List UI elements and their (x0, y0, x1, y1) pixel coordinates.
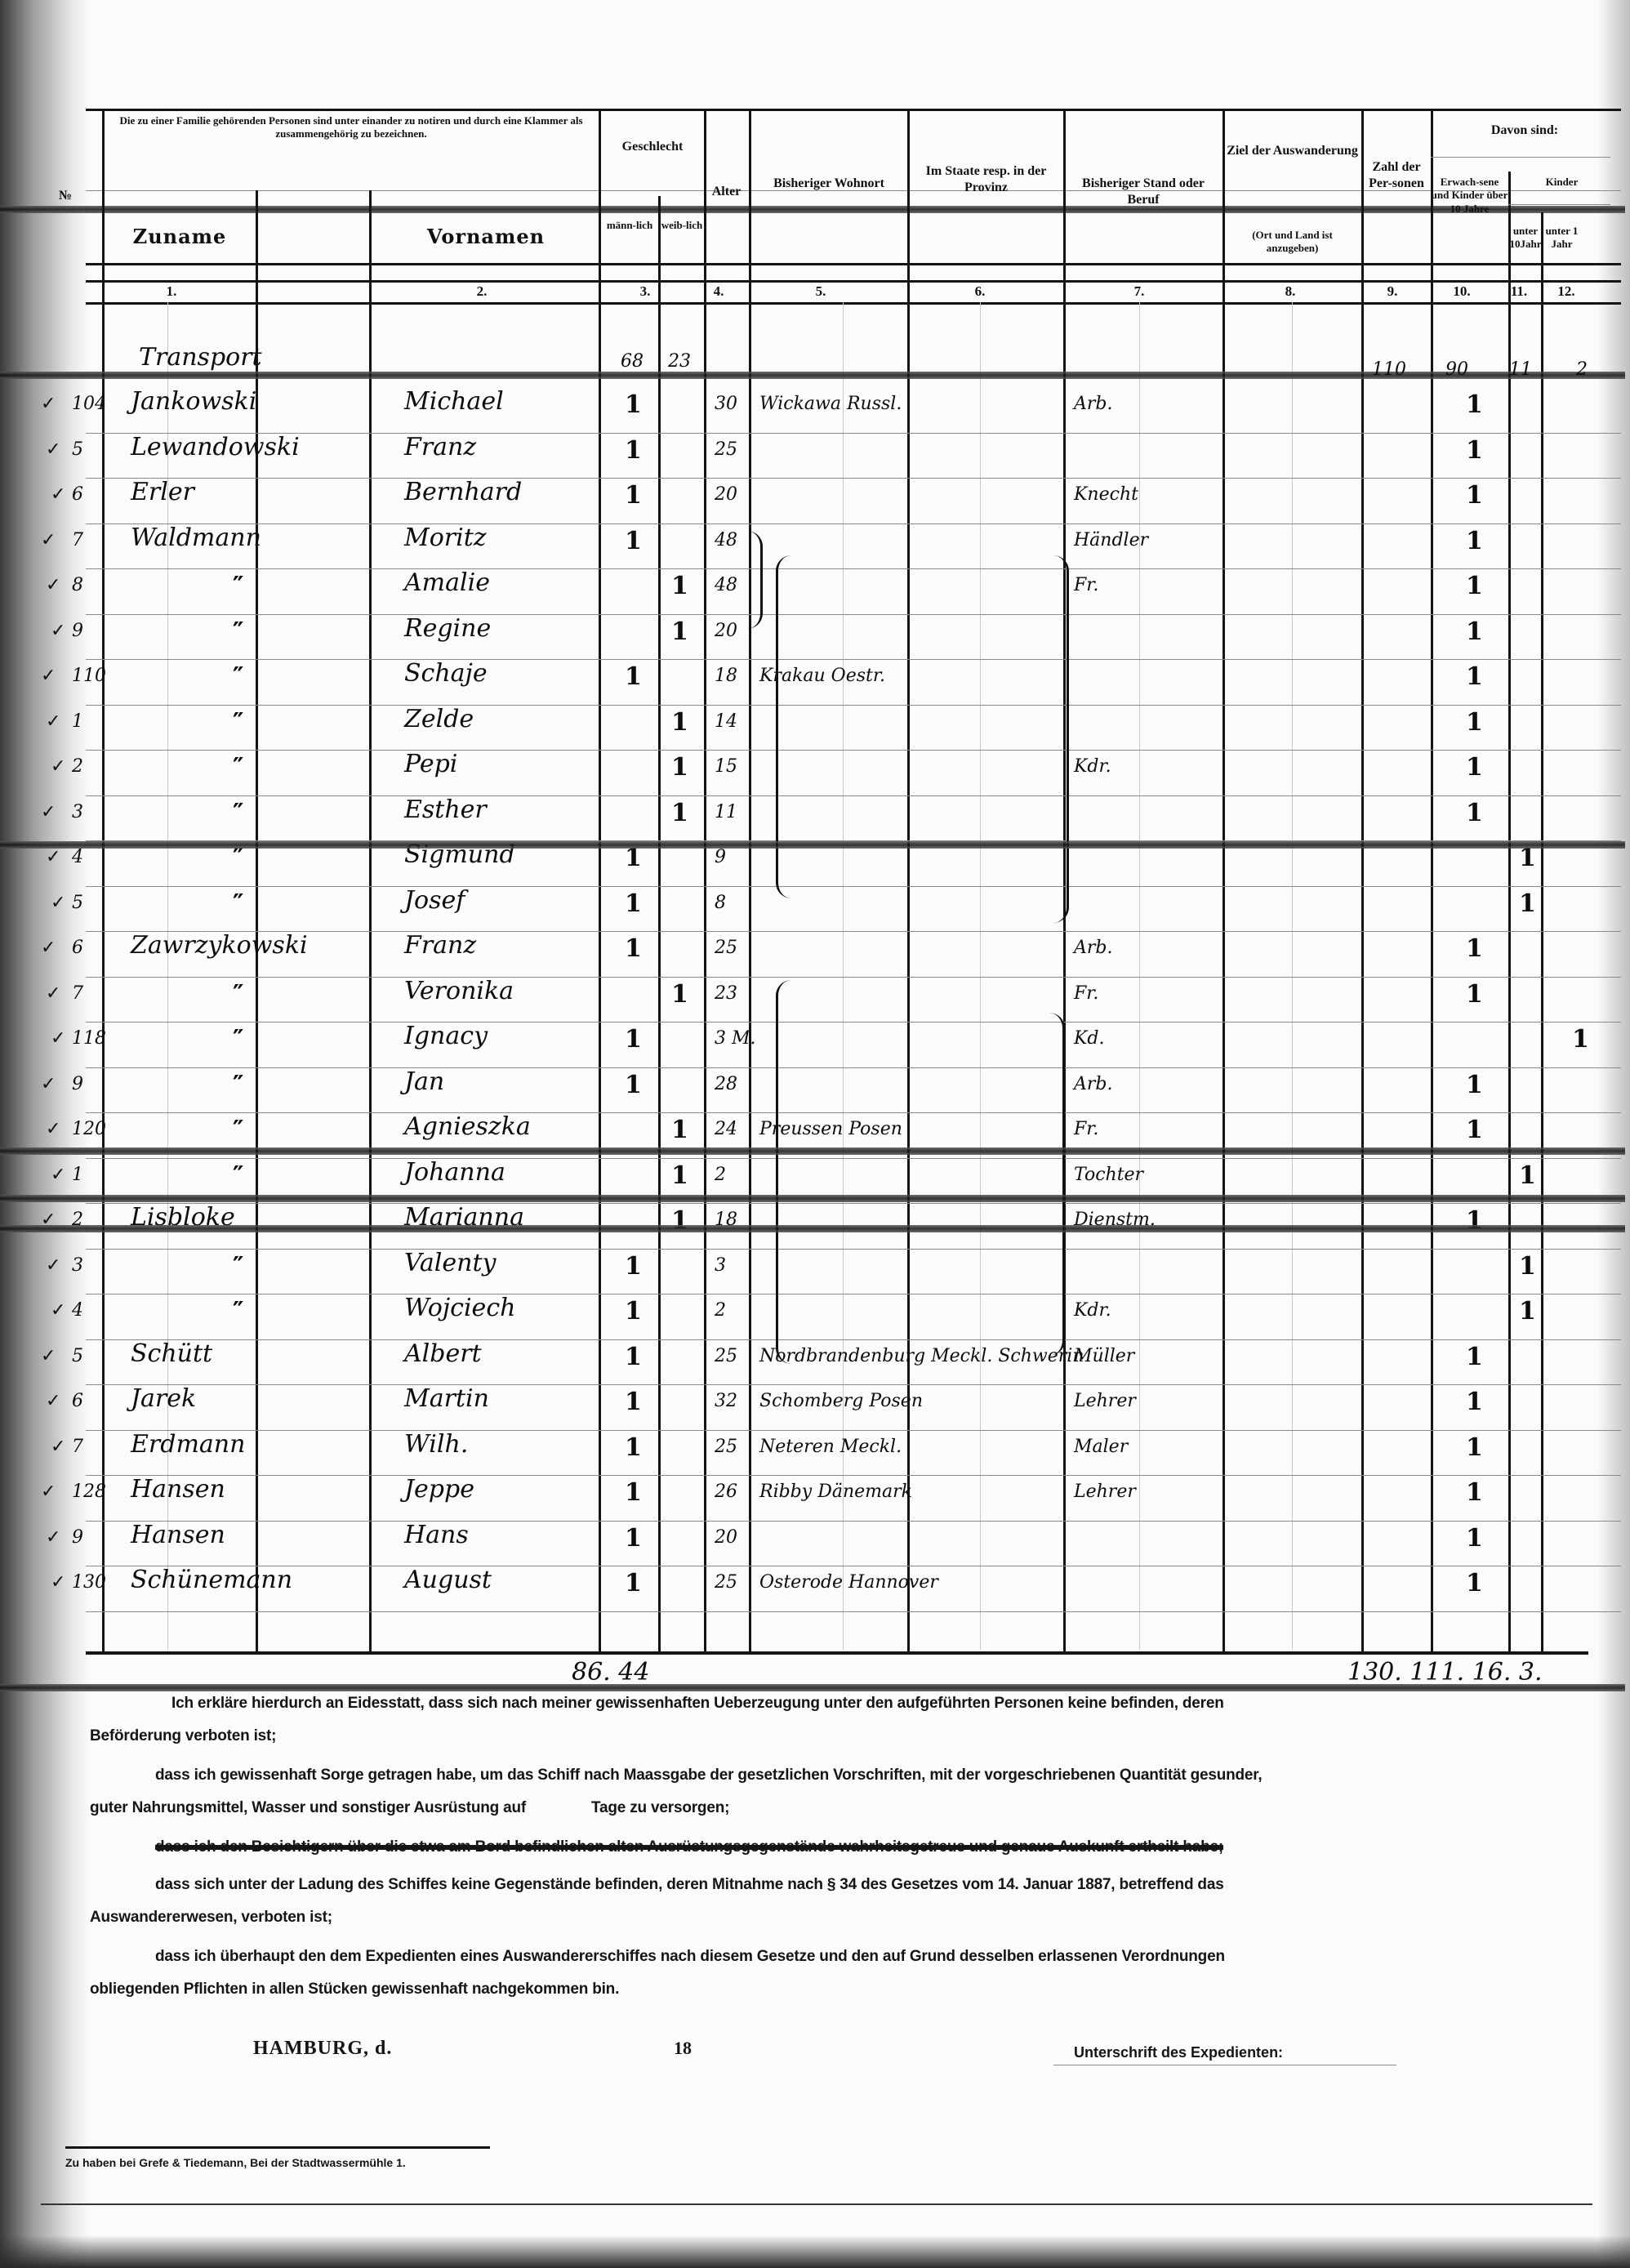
adult-count: 1 (1466, 708, 1483, 737)
occupation: Knecht (1074, 484, 1138, 505)
row-rule (86, 1112, 1621, 1113)
row-rule (86, 977, 1621, 978)
under10-count: 1 (1519, 1252, 1536, 1281)
given-name: Schaje (404, 659, 488, 688)
row-rule (86, 795, 1621, 796)
sex-totals: 86. 44 (572, 1658, 649, 1687)
occupation: Händler (1074, 530, 1148, 550)
check-mark-icon: ✓ (46, 439, 60, 460)
given-name: Johanna (404, 1158, 505, 1187)
row-rule (86, 1158, 1621, 1159)
row-rule (86, 886, 1621, 887)
check-mark-icon: ✓ (51, 1165, 65, 1185)
age: 48 (715, 575, 737, 595)
given-name: Regine (404, 614, 491, 643)
column-number: 3. (629, 283, 661, 300)
signature-line (1053, 2065, 1396, 2065)
kinder-header: Kinder (1511, 176, 1613, 189)
age: 2 (715, 1165, 726, 1185)
female-mark: 1 (671, 1116, 688, 1144)
row-rule (86, 1067, 1621, 1068)
given-name: Bernhard (404, 478, 522, 506)
adult-count: 1 (1466, 1116, 1483, 1144)
erwachsene-header: Erwach-sene und Kinder über 10 Jahre (1431, 176, 1508, 216)
surname: Schünemann (131, 1566, 292, 1594)
col-rule-ziel (1361, 109, 1364, 1652)
davon-rule (1431, 157, 1610, 158)
row-rule (86, 705, 1621, 706)
staat-header: Im Staate resp. in der Provinz (911, 163, 1062, 196)
age: 14 (715, 711, 737, 732)
residence: Ribby Dänemark (759, 1482, 912, 1502)
given-name: Pepi (404, 750, 457, 778)
occupation: Kd. (1074, 1028, 1105, 1049)
given-name: Veronika (404, 977, 514, 1005)
female-mark: 1 (671, 617, 688, 646)
male-mark: 1 (625, 1297, 642, 1326)
ditto-mark-icon: ″ (233, 753, 243, 782)
ziel-header: Ziel der Auswanderung (1225, 143, 1360, 159)
geschlecht-header: Geschlecht (601, 139, 704, 155)
check-mark-icon: ✓ (41, 530, 56, 550)
age: 20 (715, 1527, 737, 1548)
declaration-p5: dass ich überhaupt den dem Expedienten e… (90, 1948, 1584, 1966)
ziel-note: (Ort und Land ist anzugeben) (1225, 229, 1360, 256)
surname: Hansen (131, 1521, 225, 1549)
family-brace (1049, 1013, 1065, 1356)
row-rule (86, 659, 1621, 660)
adult-count: 1 (1466, 1388, 1483, 1416)
col-rule-beruf (1222, 109, 1225, 1652)
under1-count: 1 (1572, 1025, 1589, 1054)
adult-count: 1 (1466, 934, 1483, 963)
age: 25 (715, 1437, 737, 1457)
age: 2 (715, 1300, 726, 1321)
row-rule (86, 1384, 1621, 1385)
row-number: 6 (72, 484, 83, 505)
male-mark: 1 (625, 889, 642, 918)
header-band-rule (0, 206, 1625, 213)
col-rule-alter (749, 109, 751, 1652)
surname: Lewandowski (131, 433, 300, 461)
occupation: Kdr. (1074, 756, 1111, 777)
occupation: Arb. (1074, 1074, 1112, 1094)
declaration-p3-struck: dass ich den Besichtigern über die etwa … (90, 1838, 1584, 1856)
given-name: Wojciech (404, 1294, 515, 1322)
age: 24 (715, 1119, 737, 1139)
year-prefix: 18 (674, 2038, 692, 2059)
check-mark-icon: ✓ (46, 1527, 60, 1548)
row-rule (86, 1249, 1621, 1250)
occupation: Müller (1074, 1346, 1134, 1366)
age: 30 (715, 394, 737, 414)
occupation: Kdr. (1074, 1300, 1111, 1321)
female-mark: 1 (671, 980, 688, 1009)
transport-female: 23 (668, 351, 691, 372)
adult-count: 1 (1466, 1071, 1483, 1099)
row-number: 2 (72, 756, 83, 777)
male-mark: 1 (625, 1478, 642, 1507)
signature-label: Unterschrift des Expedienten: (1074, 2044, 1283, 2061)
declaration-p5b: obliegenden Pflichten in allen Stücken g… (90, 1981, 1584, 1998)
given-name: Wilh. (404, 1430, 468, 1459)
occupation: Maler (1074, 1437, 1128, 1457)
declaration-p1: Ich erkläre hierdurch an Eidesstatt, das… (90, 1695, 1584, 1713)
age: 32 (715, 1391, 737, 1411)
column-number: 9. (1376, 283, 1409, 300)
adult-count: 1 (1466, 527, 1483, 555)
ditto-mark-icon: ″ (233, 889, 243, 918)
adult-count: 1 (1466, 799, 1483, 827)
row-rule (86, 478, 1621, 479)
col-rule-vornamen (599, 109, 601, 1652)
davon-header: Davon sind: (1431, 123, 1619, 139)
age: 48 (715, 530, 737, 550)
surname: Erdmann (131, 1430, 245, 1459)
row-rule (86, 931, 1621, 932)
male-mark: 1 (625, 1252, 642, 1281)
printer-rule (65, 2146, 490, 2149)
check-mark-icon: ✓ (41, 1074, 56, 1094)
col-no-header: № (33, 188, 98, 204)
row-number: 6 (72, 938, 83, 958)
occupation: Arb. (1074, 938, 1112, 958)
check-mark-icon: ✓ (41, 938, 56, 958)
male-mark: 1 (625, 1569, 642, 1597)
col-rule-zahl (1431, 109, 1433, 1652)
adult-count: 1 (1466, 1478, 1483, 1507)
female-mark: 1 (671, 572, 688, 600)
ditto-mark-icon: ″ (233, 1252, 243, 1281)
zahl-header: Zahl der Per-sonen (1364, 159, 1429, 192)
age: 3 M. (715, 1028, 756, 1049)
occupation: Fr. (1074, 575, 1098, 595)
row-number: 1 (72, 711, 83, 732)
row-number: 120 (72, 1119, 106, 1139)
occupation: Lehrer (1074, 1391, 1136, 1411)
age: 8 (715, 893, 726, 913)
given-name: Zelde (404, 705, 474, 733)
transport-label: Transport (139, 343, 262, 372)
ditto-mark-icon: ″ (233, 1297, 243, 1326)
adult-count: 1 (1466, 1343, 1483, 1371)
printer-imprint: Zu haben bei Grefe & Tiedemann, Bei der … (65, 2156, 406, 2169)
row-number: 3 (72, 1255, 83, 1276)
row-number: 7 (72, 530, 83, 550)
row-number: 110 (72, 666, 106, 686)
surname: Erler (131, 478, 194, 506)
adult-count: 1 (1466, 1433, 1483, 1462)
unter10-header: unter 10Jahr (1509, 225, 1542, 252)
given-name: Albert (404, 1339, 482, 1368)
row-rule (86, 1611, 1621, 1612)
adult-count: 1 (1466, 662, 1483, 691)
column-number: 11. (1503, 283, 1535, 300)
check-mark-icon: ✓ (51, 621, 65, 641)
female-mark: 1 (671, 753, 688, 782)
col-rule-zuname-faint (369, 190, 372, 1652)
adult-count: 1 (1466, 1524, 1483, 1553)
row-rule (86, 568, 1621, 569)
row-number: 9 (72, 1527, 83, 1548)
check-mark-icon: ✓ (46, 983, 60, 1004)
under10-count: 1 (1519, 889, 1536, 918)
female-mark: 1 (671, 708, 688, 737)
wohnort-header: Bisheriger Wohnort (755, 176, 902, 192)
transport-under10: 11 (1509, 359, 1532, 380)
given-name: Franz (404, 931, 476, 960)
age: 28 (715, 1074, 737, 1094)
age: 26 (715, 1482, 737, 1502)
under10-count: 1 (1519, 1161, 1536, 1190)
under10-count: 1 (1519, 1297, 1536, 1326)
male-mark: 1 (625, 1071, 642, 1099)
male-mark: 1 (625, 481, 642, 510)
declaration-p2b: guter Nahrungsmittel, Wasser und sonstig… (90, 1799, 1584, 1817)
column-number: 2. (465, 283, 498, 300)
surname: Jarek (131, 1384, 196, 1413)
row-number: 7 (72, 983, 83, 1004)
given-name: Hans (404, 1521, 469, 1549)
row-number: 6 (72, 1391, 83, 1411)
adult-count: 1 (1466, 390, 1483, 419)
transport-adults: 90 (1445, 359, 1468, 380)
adult-count: 1 (1466, 572, 1483, 600)
check-mark-icon: ✓ (51, 1437, 65, 1457)
column-number: 6. (964, 283, 996, 300)
maennlich-header: männ-lich (601, 219, 658, 232)
scan-artifact-line (0, 1195, 1625, 1202)
row-rule (86, 1475, 1621, 1476)
row-number: 5 (72, 893, 83, 913)
given-name: Franz (404, 433, 476, 461)
column-number: 1. (155, 283, 188, 300)
row-rule (86, 433, 1621, 434)
male-mark: 1 (625, 436, 642, 465)
row-rule (86, 1203, 1621, 1204)
given-name: Josef (404, 886, 465, 915)
adult-count: 1 (1466, 753, 1483, 782)
row-number: 5 (72, 439, 83, 460)
row-number: 130 (72, 1572, 106, 1593)
row-number: 8 (72, 575, 83, 595)
row-number: 9 (72, 621, 83, 641)
transport-persons: 110 (1372, 359, 1406, 380)
header-bottom-rule (86, 302, 1621, 305)
declaration-p1b: Beförderung verboten ist; (90, 1727, 1584, 1745)
residence: Osterode Hannover (759, 1572, 938, 1593)
transport-male: 68 (621, 351, 644, 372)
scan-artifact-line (0, 1225, 1625, 1232)
residence: Nordbrandenburg Meckl. Schwerin (759, 1346, 1084, 1366)
ditto-mark-icon: ″ (233, 572, 243, 600)
totals-rule (0, 1684, 1625, 1691)
transport-under1: 2 (1576, 359, 1588, 380)
age: 25 (715, 439, 737, 460)
row-number: 128 (72, 1482, 106, 1502)
row-number: 1 (72, 1165, 83, 1185)
ditto-mark-icon: ″ (233, 662, 243, 691)
age: 23 (715, 983, 737, 1004)
surname: Hansen (131, 1475, 225, 1504)
column-number: 8. (1274, 283, 1307, 300)
age: 25 (715, 1346, 737, 1366)
scan-artifact-line (0, 1147, 1625, 1155)
age: 3 (715, 1255, 726, 1276)
ditto-mark-icon: ″ (233, 799, 243, 827)
given-name: Esther (404, 795, 487, 824)
male-mark: 1 (625, 1025, 642, 1054)
col-rule-wohnort (907, 109, 910, 1652)
given-name: Jeppe (404, 1475, 474, 1504)
alter-header: Alter (704, 184, 749, 200)
column-number: 4. (702, 283, 735, 300)
declaration-p2: dass ich gewissenhaft Sorge getragen hab… (90, 1767, 1584, 1785)
ditto-mark-icon: ″ (233, 980, 243, 1009)
surname: Jankowski (131, 387, 256, 416)
occupation: Tochter (1074, 1165, 1143, 1185)
given-name: August (404, 1566, 492, 1594)
male-mark: 1 (625, 662, 642, 691)
declaration-p4: dass sich unter der Ladung des Schiffes … (90, 1876, 1584, 1894)
ditto-mark-icon: ″ (233, 1071, 243, 1099)
age: 18 (715, 666, 737, 686)
column-number: 7. (1123, 283, 1156, 300)
row-rule (86, 1339, 1621, 1340)
row-number: 4 (72, 847, 83, 867)
age: 15 (715, 756, 737, 777)
adult-count: 1 (1466, 436, 1483, 465)
given-name: Jan (404, 1067, 444, 1096)
ditto-mark-icon: ″ (233, 1161, 243, 1190)
check-mark-icon: ✓ (46, 1119, 60, 1139)
column-number: 12. (1550, 283, 1583, 300)
female-mark: 1 (671, 1161, 688, 1190)
check-mark-icon: ✓ (46, 711, 60, 732)
family-brace (776, 980, 791, 1364)
male-mark: 1 (625, 934, 642, 963)
row-number: 9 (72, 1074, 83, 1094)
residence: Wickawa Russl. (759, 394, 902, 414)
adult-count: 1 (1466, 980, 1483, 1009)
row-rule (86, 1022, 1621, 1023)
adult-count: 1 (1466, 481, 1483, 510)
occupation: Arb. (1074, 394, 1112, 414)
adult-count: 1 (1466, 617, 1483, 646)
row-number: 5 (72, 1346, 83, 1366)
check-mark-icon: ✓ (41, 802, 56, 822)
given-name: Martin (404, 1384, 489, 1413)
row-rule (86, 1566, 1621, 1566)
given-name: Michael (404, 387, 504, 416)
check-mark-icon: ✓ (51, 1572, 65, 1593)
check-mark-icon: ✓ (51, 893, 65, 913)
surname: Waldmann (131, 524, 261, 552)
column-number: 5. (804, 283, 837, 300)
check-mark-icon: ✓ (46, 847, 60, 867)
row-rule (86, 614, 1621, 615)
row-number: 104 (72, 394, 106, 414)
given-name: Amalie (404, 568, 490, 597)
table-bottom-rule (86, 1651, 1588, 1655)
beruf-header: Bisheriger Stand oder Beruf (1066, 176, 1221, 208)
place-date-label: HAMBURG, d. (253, 2038, 392, 2060)
zuname-header: Zuname (106, 225, 253, 249)
row-rule (86, 1294, 1621, 1294)
age: 9 (715, 847, 726, 867)
age: 25 (715, 1572, 737, 1593)
col-rule-unter10 (1541, 212, 1543, 1652)
row-rule (86, 524, 1621, 524)
occupation: Fr. (1074, 1119, 1098, 1139)
check-mark-icon: ✓ (51, 1028, 65, 1049)
kinder-rule (1508, 204, 1610, 205)
residence: Neteren Meckl. (759, 1437, 902, 1457)
occupation: Lehrer (1074, 1482, 1136, 1502)
check-mark-icon: ✓ (51, 484, 65, 505)
ditto-mark-icon: ″ (233, 1025, 243, 1054)
given-name: Ignacy (404, 1022, 488, 1050)
ditto-mark-icon: ″ (233, 1116, 243, 1144)
col-rule-geschlecht (704, 109, 706, 1652)
declaration: Ich erkläre hierdurch an Eidesstatt, das… (90, 1695, 1584, 1998)
passenger-list-page: № Die zu einer Familie gehörenden Person… (0, 0, 1630, 2268)
row-rule (86, 1430, 1621, 1431)
unter1-header: unter 1 Jahr (1543, 225, 1580, 252)
row-rule (86, 1521, 1621, 1522)
family-instruction: Die zu einer Familie gehörenden Personen… (114, 114, 588, 141)
vornamen-header: Vornamen (376, 225, 596, 249)
occupation: Fr. (1074, 983, 1098, 1004)
given-name: Valenty (404, 1249, 496, 1277)
ditto-mark-icon: ″ (233, 708, 243, 737)
row-number: 4 (72, 1300, 83, 1321)
col-rule-no (102, 109, 105, 1652)
age: 20 (715, 621, 737, 641)
row-rule (86, 750, 1621, 751)
header-top-rule (86, 109, 1621, 111)
age: 25 (715, 938, 737, 958)
check-mark-icon: ✓ (46, 575, 60, 595)
column-number: 10. (1445, 283, 1478, 300)
row-number: 7 (72, 1437, 83, 1457)
surname: Schütt (131, 1339, 212, 1368)
given-name: Moritz (404, 524, 487, 552)
family-brace (747, 531, 763, 629)
header-sub-rule (86, 263, 1621, 265)
male-mark: 1 (625, 1433, 642, 1462)
family-brace (1053, 555, 1069, 923)
check-mark-icon: ✓ (46, 1391, 60, 1411)
row-number: 3 (72, 802, 83, 822)
age: 20 (715, 484, 737, 505)
male-mark: 1 (625, 390, 642, 419)
male-mark: 1 (625, 1388, 642, 1416)
check-mark-icon: ✓ (51, 1300, 65, 1321)
female-mark: 1 (671, 799, 688, 827)
check-mark-icon: ✓ (41, 666, 56, 686)
col-rule-maennlich (658, 196, 661, 1652)
check-mark-icon: ✓ (41, 394, 56, 414)
scan-artifact-line (0, 841, 1625, 849)
declaration-p4b: Auswandererwesen, verboten ist; (90, 1909, 1584, 1927)
scan-shadow-bottom (0, 2235, 1630, 2268)
age: 11 (715, 802, 737, 822)
check-mark-icon: ✓ (51, 756, 65, 777)
ditto-mark-icon: ″ (233, 617, 243, 646)
check-mark-icon: ✓ (46, 1255, 60, 1276)
check-mark-icon: ✓ (41, 1482, 56, 1502)
